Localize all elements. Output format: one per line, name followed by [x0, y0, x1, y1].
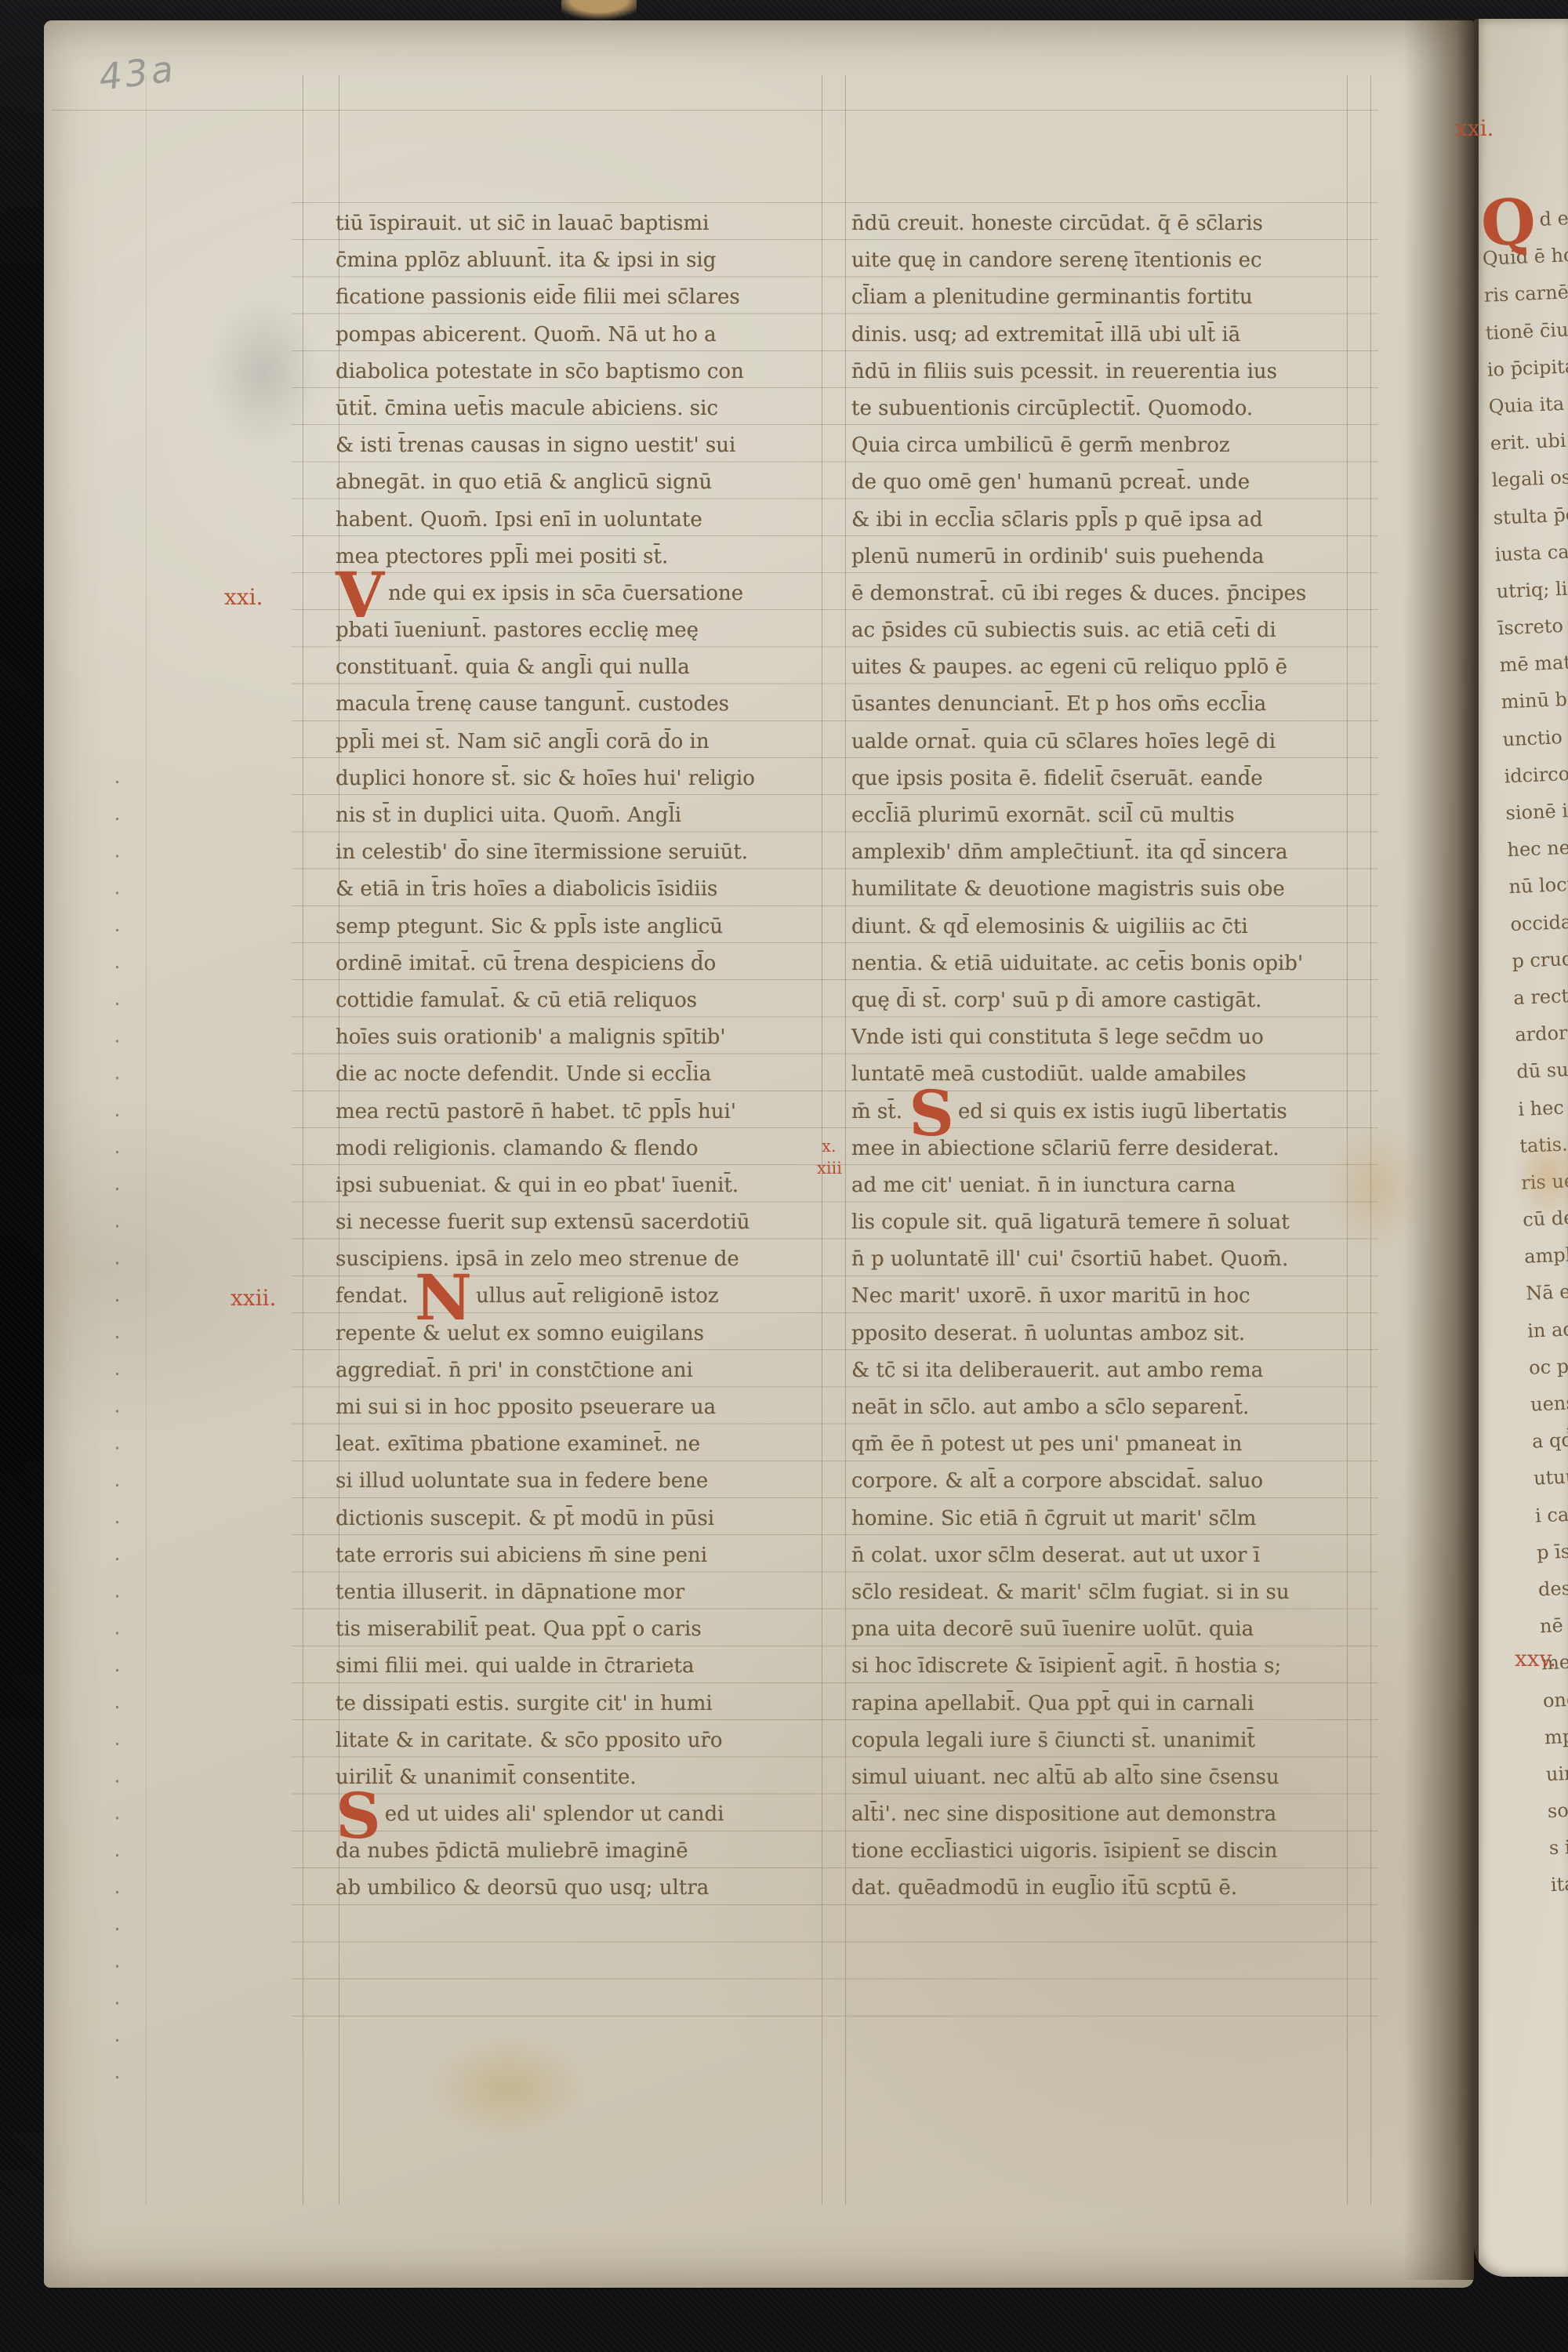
manuscript-line: rapina apellabit̄. Qua ppt̄ qui in carna… [851, 1686, 1348, 1722]
manuscript-line: minū benigne d [1501, 677, 1568, 721]
manuscript-line: idcirco stulta cu [1504, 751, 1568, 795]
manuscript-line: die ac nocte defendit. Unde si eccl̄ia [336, 1056, 818, 1093]
manuscript-line: constituant̄. quia & angl̄i qui nulla [336, 649, 818, 686]
manuscript-line: tentia illuserit. in dāpnatione mor [336, 1574, 818, 1611]
manuscript-line: si necesse fuerit sup extensū sacerdotiū [336, 1204, 818, 1241]
manuscript-line: uites & paupes. ac egeni cū reliquo pplō… [851, 649, 1348, 686]
manuscript-line: utuunt̄. Qua pp [1533, 1454, 1568, 1497]
manuscript-line: dinis. usq; ad extremitat̄ illā ubi ult̄… [851, 317, 1348, 354]
ruling-vertical [845, 75, 846, 2205]
manuscript-line: simi filii mei. qui ualde in c̄trarieta [336, 1648, 818, 1685]
manuscript-line: sc̄lo resideat. & marit' sc̄lm fugiat. s… [851, 1574, 1348, 1611]
manuscript-line: homine. Sic etiā n̄ c̄gruit ut marit' sc… [851, 1501, 1348, 1537]
manuscript-line: plenū numerū in ordinib' suis puehenda [851, 539, 1348, 575]
manuscript-line: amplexib' dn̄m amplec̄tiunt̄. ita qd̄ si… [851, 834, 1348, 871]
manuscript-line: humilitate & deuotione magistris suis ob… [851, 871, 1348, 908]
manuscript-line: p īsipida negligu [1536, 1527, 1568, 1571]
manuscript-line: mi sui si in hoc pposito pseuerare ua [336, 1389, 818, 1426]
manuscript-line: i cauta custodia [1534, 1490, 1568, 1534]
manuscript-line: Nā exc̄ior uidens [1525, 1269, 1568, 1312]
manuscript-line: tionē c̄iunxit. ita [1485, 307, 1568, 351]
manuscript-line: īscreto sapien [1497, 603, 1568, 647]
manuscript-line: itatis ordines t̄ā in [1550, 1860, 1568, 1904]
manuscript-line: que ipsis posita ē. fidelit̄ c̄seruāt. e… [851, 760, 1348, 797]
manuscript-line: ūtit̄. c̄mina uet̄is macule abiciens. si… [336, 390, 818, 427]
manuscript-line: mē matris & fem [1499, 641, 1568, 684]
manuscript-line: modi religionis. clamando & flendo [336, 1131, 818, 1167]
manuscript-line: nentia. & etiā uiduitate. ac cet̄is boni… [851, 946, 1348, 982]
manuscript-line: alt̄i'. nec sine dispositione aut demons… [851, 1796, 1348, 1833]
manuscript-line: uite quę in candore serenę ītentionis ec [851, 242, 1348, 279]
facing-page-edge: Qd ergo d̄s contQuid ē hoc. Ut̄ merris c… [1474, 19, 1568, 2277]
manuscript-line: & ibi in eccl̄ia sc̄laris ppl̄s p quē ip… [851, 502, 1348, 539]
manuscript-line: quę d̄i st̄. corp' suū p d̄i amore casti… [851, 982, 1348, 1019]
chapter-number-gutter-top: x. [822, 1138, 837, 1155]
manuscript-line: Nec marit' uxorē. n̄ uxor maritū in hoc [851, 1278, 1348, 1315]
manuscript-line: amplexionis m̄tis [1523, 1232, 1568, 1276]
manuscript-line: pposito deserat. n̄ uoluntas amboz sit. [851, 1316, 1348, 1352]
ruling-top-line [52, 110, 1378, 111]
rubricated-initial: V [336, 577, 384, 614]
manuscript-line: n̄ colat. uxor sc̄lm deserat. aut ut uxo… [851, 1537, 1348, 1574]
manuscript-line: ficatione passionis eid̄e filii mei sc̄l… [336, 279, 818, 316]
manuscript-line: Qd ergo d̄s cont [1480, 197, 1568, 241]
manuscript-line: & isti t̄renas causas in signo uestit' s… [336, 427, 818, 464]
manuscript-line: copula legali iure s̄ c̄iuncti st̄. unan… [851, 1722, 1348, 1759]
manuscript-line: tatis. cū feruente [1519, 1120, 1568, 1164]
manuscript-line: erit. ubi caro car [1490, 419, 1568, 463]
manuscript-line: ad me cit' ueniat. n̄ in iunctura carna [851, 1167, 1348, 1204]
folio-number-pencil: 43a [97, 50, 179, 96]
ruling-vertical-margin [146, 75, 147, 2205]
manuscript-line: nis st̄ in duplici uita. Quom̄. Angl̄i [336, 797, 818, 834]
manuscript-line: Vnde qui ex ipsis in sc̄a c̄uersatione [336, 575, 818, 612]
rubricated-initial: S [336, 1798, 381, 1835]
ruling-vertical [1370, 75, 1371, 2205]
manuscript-line: nū locū ducat. [1508, 862, 1568, 906]
manuscript-line: stulta p̄cipitatio [1493, 492, 1568, 536]
manuscript-line: suscipiens. ipsā in zelo meo strenue de [336, 1241, 818, 1278]
manuscript-line: n̄dū creuit. honeste circūdat. q̄ ē sc̄l… [851, 205, 1348, 242]
manuscript-line: & tc̄ si ita deliberauerit. aut ambo rem… [851, 1352, 1348, 1389]
chapter-number-facing-xxv: xxv. [1515, 1648, 1556, 1670]
rubricated-initial: N [415, 1279, 472, 1316]
manuscript-line: tate erroris sui abiciens m̄ sine peni [336, 1537, 818, 1574]
manuscript-line: Sed ut uides ali' splendor ut candi [336, 1796, 818, 1833]
manuscript-line: pna uita decorē suū īuenire uolūt. quia [851, 1611, 1348, 1648]
manuscript-line: neāt in sc̄lo. aut ambo a sc̄lo separent… [851, 1389, 1348, 1426]
manuscript-line: pompas abicerent. Quom̄. Nā ut ho a [336, 317, 818, 354]
manuscript-line: solidat̄ unde e [1547, 1786, 1568, 1830]
manuscript-line: repente & uelut ex somno euigilans [336, 1316, 818, 1352]
chapter-number-xxii: xxii. [230, 1287, 276, 1309]
pricking-holes [116, 781, 118, 2082]
manuscript-line: ūsantes denunciant̄. Et p hos om̄s eccl̄… [851, 686, 1348, 723]
manuscript-line: ordinē imitat̄. cū t̄rena despiciens d̄o [336, 946, 818, 982]
manuscript-line: i hec ardens uolu [1517, 1083, 1568, 1127]
manuscript-line: te subuentionis circūplectit̄. Quomodo. [851, 390, 1348, 427]
manuscript-line: in celestib' d̄o sine ītermissione serui… [336, 834, 818, 871]
manuscript-line: ab umbilico & deorsū quo usq; ultra [336, 1870, 818, 1907]
manuscript-line: legali ostensione [1491, 456, 1568, 499]
manuscript-line: cū desiderio anim [1522, 1195, 1568, 1239]
text-column-left: tiū īspirauit. ut sic̄ in lauac̄ baptism… [336, 205, 818, 1907]
manuscript-line: m̄ st̄. Sed si quis ex istis iugū libert… [851, 1094, 1348, 1131]
manuscript-line: in adustionē excit [1526, 1305, 1568, 1349]
manuscript-line: macula t̄renę cause tangunt̄. custodes [336, 686, 818, 723]
manuscript-line: iusta causa. aut [1494, 529, 1568, 573]
manuscript-line: fendat. Nullus aut̄ religionē istoz [336, 1278, 818, 1315]
ruling-vertical [303, 75, 303, 2205]
manuscript-line: tis miserabilit̄ peat. Qua ppt̄ o caris [336, 1611, 818, 1648]
manuscript-line: cottidie famulat̄. & cū etiā reliquos [336, 982, 818, 1019]
manuscript-line: Vnde isti qui constituta s̄ lege sec̄dm … [851, 1019, 1348, 1056]
chapter-number-facing-xxi: xxi. [1455, 118, 1494, 140]
manuscript-line: dictionis suscepit. & pt̄ modū in pūsi [336, 1501, 818, 1537]
manuscript-line: ualde ornat̄. quia cū sc̄lares hoīes leg… [851, 724, 1348, 760]
manuscript-line: Quia circa umbilicū ē germ̄ menbroz [851, 427, 1348, 464]
chapter-number-xxi: xxi. [224, 586, 263, 608]
manuscript-line: corpore. & alt̄ a corpore abscidat̄. sal… [851, 1463, 1348, 1500]
manuscript-line: abnegāt. in quo etiā & anglicū signū [336, 464, 818, 501]
manuscript-line: tione eccl̄iastici uigoris. īsipient̄ se… [851, 1833, 1348, 1870]
manuscript-line: tiū īspirauit. ut sic̄ in lauac̄ baptism… [336, 205, 818, 242]
manuscript-line: ē demonstrat̄. cū ibi reges & duces. p̄n… [851, 575, 1348, 612]
manuscript-line: sionē in bis dual [1505, 788, 1568, 832]
manuscript-line: te dissipati estis. surgite cit' in humi [336, 1686, 818, 1722]
manuscript-line: ris uel mollioris ca [1520, 1158, 1568, 1202]
chapter-number-gutter-bottom: xiii [817, 1160, 842, 1177]
manuscript-line: habent. Quom̄. Ipsi enī in uoluntate [336, 502, 818, 539]
manuscript-line: ipsi subueniat. & qui in eo pbat' īuenit… [336, 1167, 818, 1204]
manuscript-line: occidat homin [1510, 899, 1568, 943]
manuscript-line: a qd̄ omīa uiscera [1531, 1417, 1568, 1461]
manuscript-line: hec nec illa dot [1507, 825, 1568, 869]
manuscript-line: n̄ p uoluntatē ill' cui' c̄sortiū habet.… [851, 1241, 1348, 1278]
manuscript-line: uiriditatū. mir [1545, 1749, 1568, 1793]
manuscript-line: mea rectū pastorē n̄ habet. tc̄ ppl̄s hu… [336, 1094, 818, 1131]
manuscript-line: ris carnē de carne [1483, 270, 1568, 314]
manuscript-line: io p̄cipitant̄ abiu [1486, 344, 1568, 388]
manuscript-line: unctio ab ipso u [1502, 714, 1568, 758]
manuscript-line: des. qd̄ hi tres sple [1537, 1564, 1568, 1608]
manuscript-line: s in ea bene & [1548, 1823, 1568, 1867]
text-column-right: n̄dū creuit. honeste circūdat. q̄ ē sc̄l… [851, 205, 1348, 1907]
manuscript-line: leat. exītima pbatione examinet̄. ne [336, 1426, 818, 1463]
manuscript-line: si hoc īdiscrete & īsipient̄ agit̄. n̄ h… [851, 1648, 1348, 1685]
manuscript-line: aggrediat̄. n̄ pri' in constc̄tione ani [336, 1352, 818, 1389]
manuscript-line: duplici honore st̄. sic & hoīes hui' rel… [336, 760, 818, 797]
manuscript-line: nē se late diffund [1539, 1601, 1568, 1645]
manuscript-line: n̄dū in filiis suis pcessit. in reuerent… [851, 354, 1348, 390]
manuscript-line: a recto loco suo [1512, 973, 1568, 1017]
manuscript-line: oc peccatū cū cor [1528, 1342, 1568, 1386]
manuscript-line: cl̄iam a plenitudine germinantis fortitu [851, 279, 1348, 316]
manuscript-line: ppl̄i mei st̄. Nam sic̄ angl̄i corā d̄o … [336, 724, 818, 760]
manuscript-photo: tiū īspirauit. ut sic̄ in lauac̄ baptism… [0, 0, 1568, 2352]
manuscript-line: c̄mina pplōz abluunt̄. ita & ipsi in sig [336, 242, 818, 279]
manuscript-line: si illud uoluntate sua in federe bene [336, 1463, 818, 1500]
manuscript-line: ac p̄sides cū subiectis suis. ac etiā ce… [851, 612, 1348, 649]
manuscript-line: mea ptectores ppl̄i mei positi st̄. [336, 539, 818, 575]
manuscript-line: Quia ita in c̄iun [1488, 382, 1568, 426]
manuscript-line: da nubes p̄dictā muliebrē imaginē [336, 1833, 818, 1870]
manuscript-line: dat. quēadmodū in eugl̄io it̄ū scptū ē. [851, 1870, 1348, 1907]
manuscript-line: ardorē cupiditat [1514, 1010, 1568, 1054]
manuscript-line: pbati īueniunt̄. pastores ecclię meę [336, 612, 818, 649]
manuscript-line: uirilit̄ & unanimit̄ consentite. [336, 1759, 818, 1796]
manuscript-line: simul uiuant. nec alt̄ū ab alt̄o sine c̄… [851, 1759, 1348, 1796]
manuscript-line: uens uoluntas fa [1530, 1379, 1568, 1423]
manuscript-line: dū suū ad alieni [1515, 1047, 1568, 1091]
manuscript-line: & etiā in t̄ris hoīes a diabolicis īsidi… [336, 871, 818, 908]
manuscript-line: lis copule sit. quā ligaturā temere n̄ s… [851, 1204, 1348, 1241]
manuscript-line: de quo omē gen' humanū pcreat̄. unde [851, 464, 1348, 501]
rubricated-initial: S [909, 1095, 954, 1132]
manuscript-line: qm̄ ēe n̄ potest ut pes uni' pmaneat in [851, 1426, 1348, 1463]
manuscript-line: p crudelitatē fo [1512, 936, 1568, 980]
manuscript-line: hoīes suis orationib' a malignis spītib' [336, 1019, 818, 1056]
manuscript-line: diunt. & qd̄ elemosinis & uigiliis ac c̄… [851, 909, 1348, 946]
rubricated-initial: Q [1480, 203, 1537, 242]
manuscript-line: semp ptegunt. Sic & ppl̄s iste anglicū [336, 909, 818, 946]
manuscript-line: diabolica potestate in sc̄o baptismo con [336, 354, 818, 390]
manuscript-line: utriq; ligature [1496, 566, 1568, 610]
manuscript-line: mpentiū germi [1544, 1712, 1568, 1756]
manuscript-line: eccl̄iā plurimū exornāt. scil̄ cū multis [851, 797, 1348, 834]
manuscript-line: litate & in caritate. & sc̄o pposito ur̄… [336, 1722, 818, 1759]
